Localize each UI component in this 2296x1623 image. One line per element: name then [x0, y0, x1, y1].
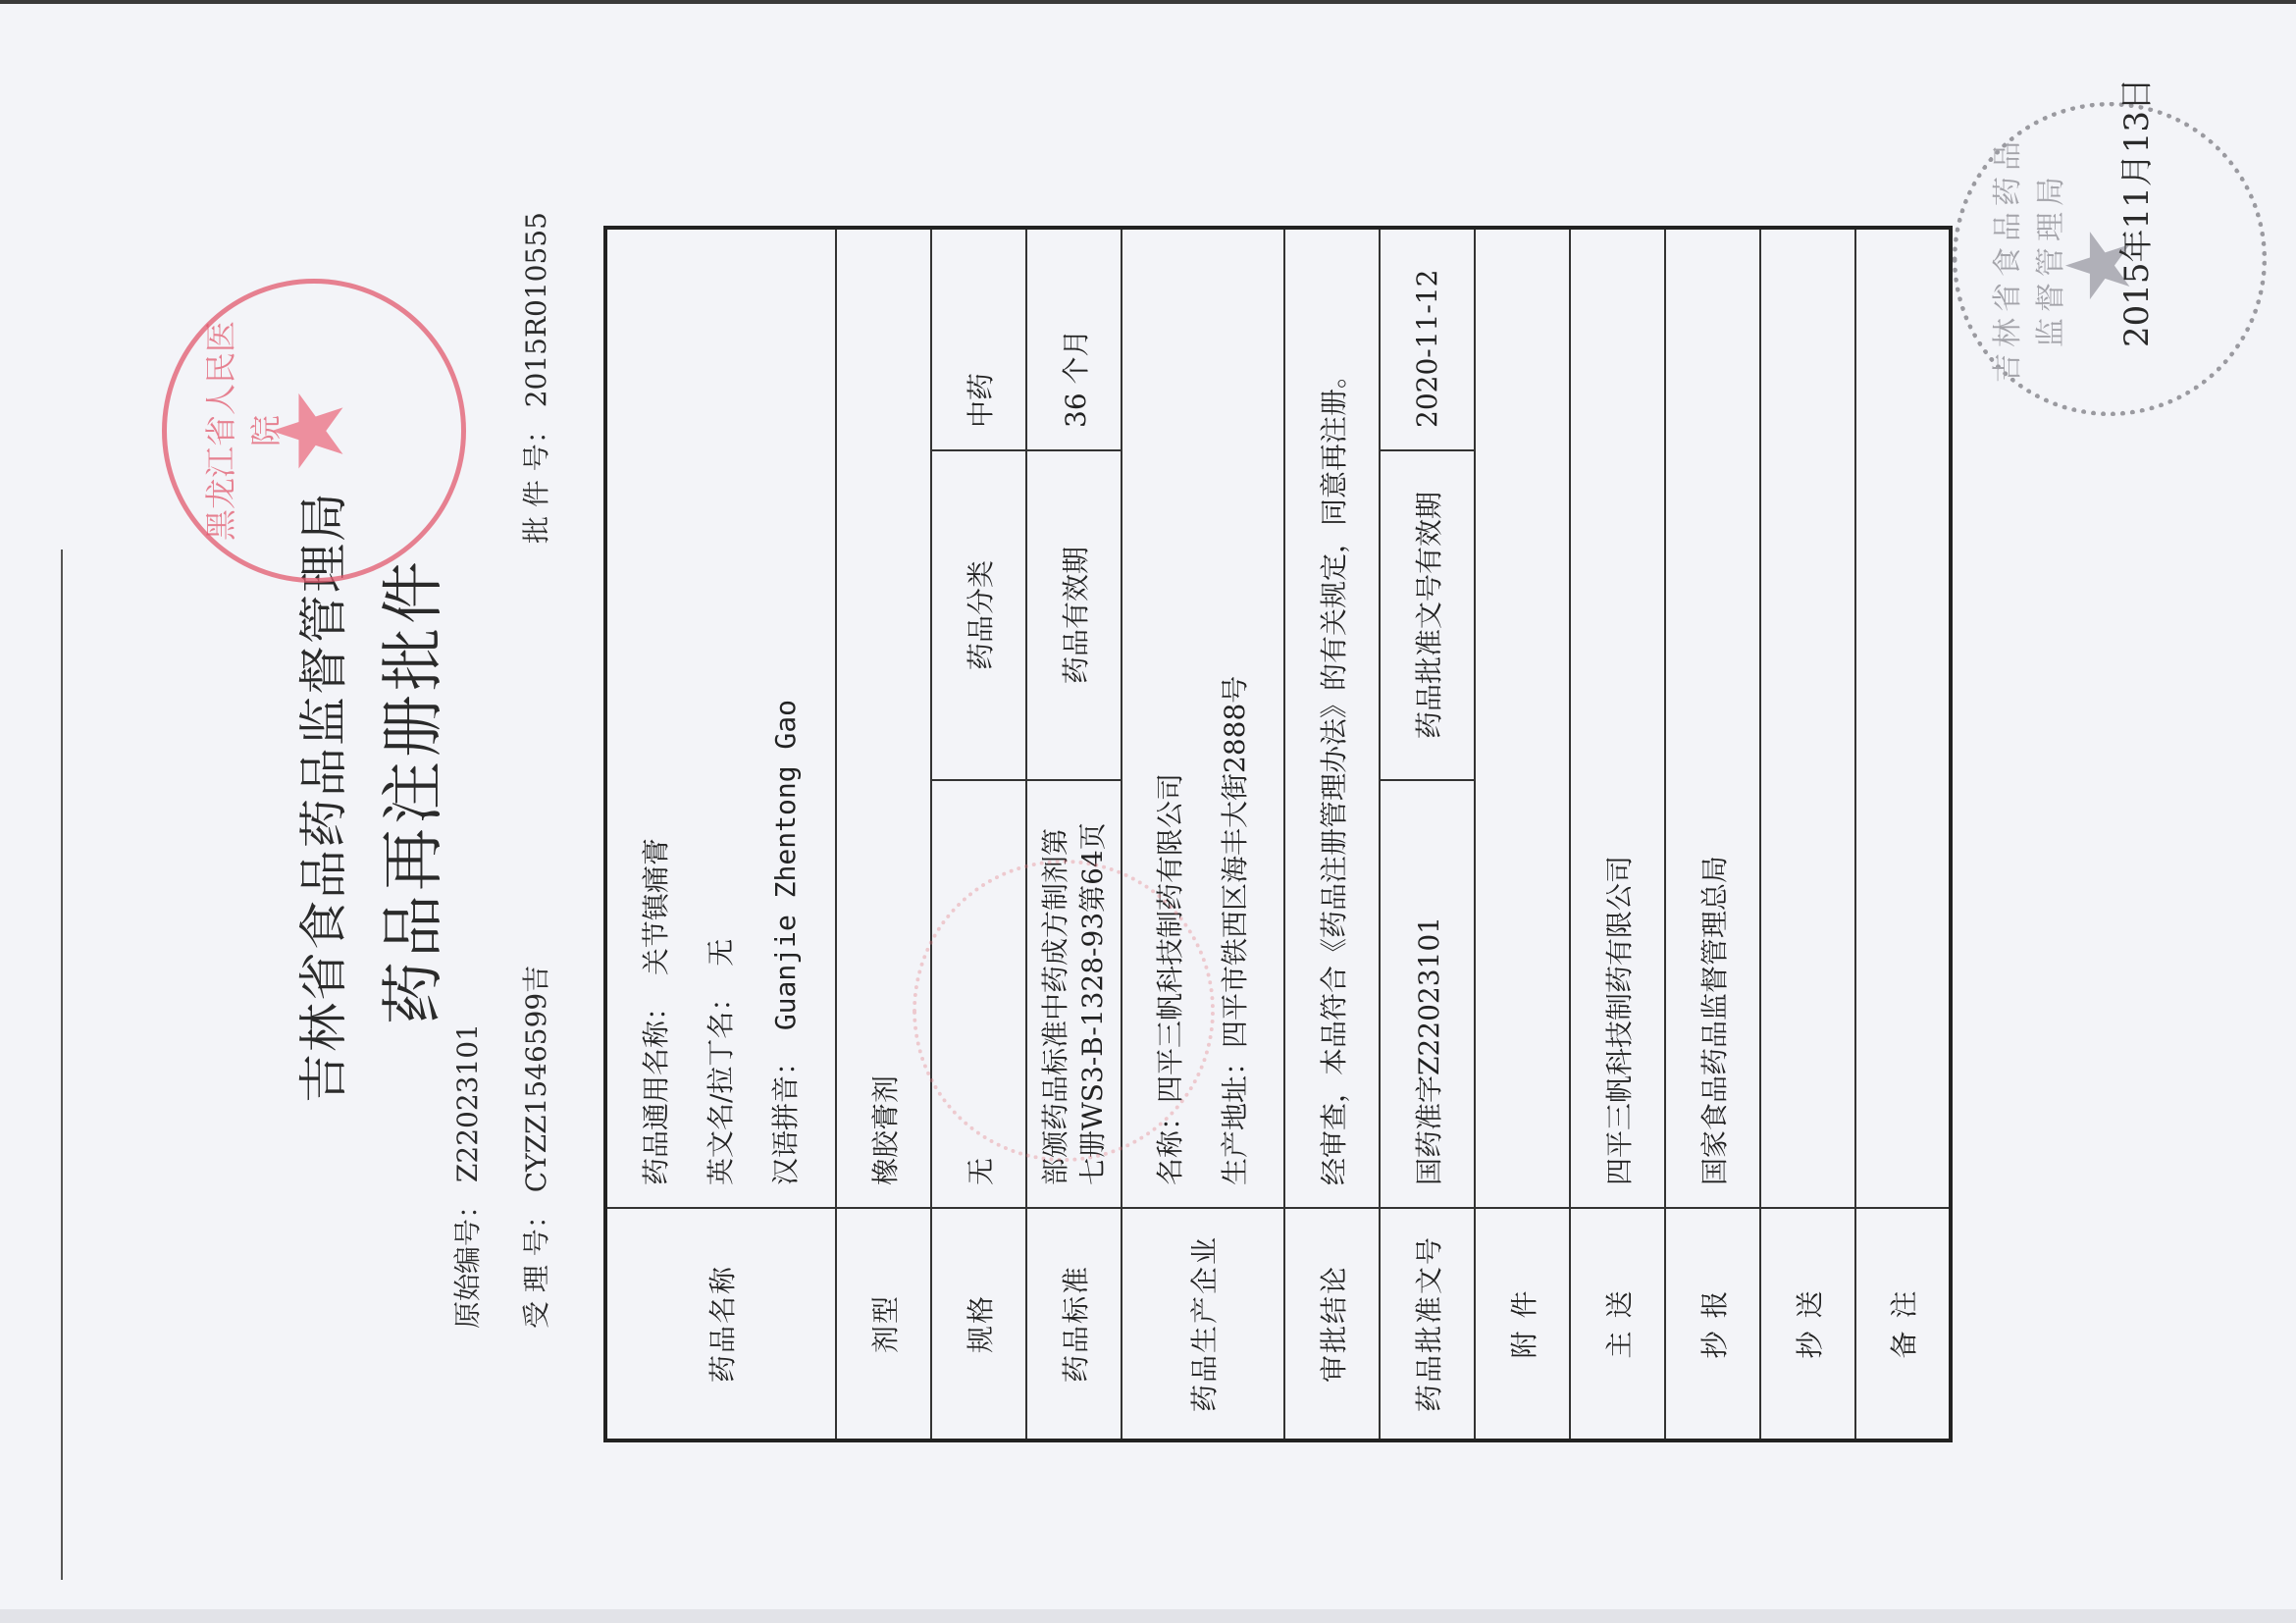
approval-document-page: 吉林省食品药品监督管理局 药品再注册批件 黑龙江省人民医院 ★ 原始编号： Z2…: [0, 0, 2296, 1623]
pinyin-name: 汉语拼音： Guanjie Zhentong Gao: [754, 251, 818, 1185]
validity-label: 药品有效期: [1026, 450, 1122, 780]
registration-table: 药品名称 药品通用名称： 关节镇痛膏 英文名/拉丁名： 无 汉语拼音： Guan…: [603, 226, 1953, 1442]
copy-send-label: 抄 送: [1760, 1208, 1855, 1440]
table-row-copy-send: 抄 送: [1760, 228, 1855, 1440]
approval-number-value: 2015R010555: [520, 212, 552, 407]
pinyin-value: Guanjie Zhentong Gao: [769, 700, 802, 1030]
document-title: 药品再注册批件: [363, 557, 453, 1024]
english-latin-label: 英文名/拉丁名：: [704, 984, 737, 1185]
table-row-manufacturer: 药品生产企业 名称：四平三帆科技制药有限公司 生产地址：四平市铁西区海丰大街28…: [1122, 228, 1284, 1440]
copy-report-value: 国家食品药品监督管理总局: [1665, 228, 1760, 1208]
generic-name: 药品通用名称： 关节镇痛膏: [624, 251, 689, 1185]
approval-number-label: 批 件 号：: [520, 416, 552, 544]
approval-validity-label: 药品批准文号有效期: [1380, 450, 1475, 780]
generic-name-label: 药品通用名称：: [640, 993, 672, 1185]
manufacturer-label: 药品生产企业: [1122, 1208, 1284, 1440]
validity-value: 36 个月: [1026, 228, 1122, 450]
manufacturer-address-value: 四平市铁西区海丰大街2888号: [1219, 676, 1251, 1048]
table-row-conclusion: 审批结论 经审查，本品符合《药品注册管理办法》的有关规定，同意再注册。: [1284, 228, 1380, 1440]
table-row-standard: 药品标准 部颁药品标准中药成方制剂第 七册WS3-B-1328-93第64页 药…: [1026, 228, 1122, 1440]
english-latin-value: 无: [704, 939, 737, 967]
table-row-drug-name: 药品名称 药品通用名称： 关节镇痛膏 英文名/拉丁名： 无 汉语拼音： Guan…: [605, 228, 836, 1440]
copy-report-label: 抄 报: [1665, 1208, 1760, 1440]
issue-date: 2015年11月13日: [2110, 78, 2158, 347]
remarks-value: [1855, 228, 1951, 1208]
manufacturer-address: 生产地址：四平市铁西区海丰大街2888号: [1203, 251, 1268, 1185]
dosage-form-label: 剂型: [836, 1208, 931, 1440]
approval-doc-label: 药品批准文号: [1380, 1208, 1475, 1440]
category-value: 中药: [931, 228, 1026, 450]
approval-validity-value: 2020-11-12: [1380, 228, 1475, 450]
star-icon: ★: [260, 387, 358, 475]
table-row-copy-report: 抄 报 国家食品药品监督管理总局: [1665, 228, 1760, 1440]
table-row-specification: 规格 无 药品分类 中药: [931, 228, 1026, 1440]
category-label: 药品分类: [931, 450, 1026, 780]
acceptance-number-label: 受 理 号：: [520, 1201, 552, 1329]
table-row-dosage-form: 剂型 橡胶膏剂: [836, 228, 931, 1440]
drug-name-cell: 药品通用名称： 关节镇痛膏 英文名/拉丁名： 无 汉语拼音： Guanjie Z…: [605, 228, 836, 1208]
copy-send-value: [1760, 228, 1855, 1208]
manufacturer-address-label: 生产地址：: [1219, 1048, 1251, 1185]
attachment-label: 附 件: [1475, 1208, 1570, 1440]
pinyin-label: 汉语拼音：: [769, 1048, 802, 1185]
acceptance-number-value: CYZZ1546599吉: [520, 966, 552, 1193]
original-number-label: 原始编号：: [451, 1191, 484, 1329]
conclusion-label: 审批结论: [1284, 1208, 1380, 1440]
approval-number: 批 件 号： 2015R010555: [515, 212, 554, 544]
red-seal-stamp: 黑龙江省人民医院 ★: [162, 279, 466, 583]
original-number: 原始编号： Z22023101: [446, 1023, 486, 1329]
specification-label: 规格: [931, 1208, 1026, 1440]
table-row-main-recipient: 主 送 四平三帆科技制药有限公司: [1570, 228, 1665, 1440]
table-row-attachment: 附 件: [1475, 228, 1570, 1440]
attachment-value: [1475, 228, 1570, 1208]
english-latin-name: 英文名/拉丁名： 无: [689, 251, 754, 1185]
remarks-label: 备 注: [1855, 1208, 1951, 1440]
dosage-form-value: 橡胶膏剂: [836, 228, 931, 1208]
main-recipient-label: 主 送: [1570, 1208, 1665, 1440]
approval-doc-value: 国药准字Z22023101: [1380, 780, 1475, 1208]
table-row-approval-doc: 药品批准文号 国药准字Z22023101 药品批准文号有效期 2020-11-1…: [1380, 228, 1475, 1440]
faint-seal-stamp: [913, 860, 1215, 1162]
table-row-remarks: 备 注: [1855, 228, 1951, 1440]
generic-name-value: 关节镇痛膏: [640, 838, 672, 975]
conclusion-value: 经审查，本品符合《药品注册管理办法》的有关规定，同意再注册。: [1284, 228, 1380, 1208]
original-number-value: Z22023101: [451, 1023, 484, 1182]
acceptance-number: 受 理 号： CYZZ1546599吉: [515, 966, 554, 1329]
drug-name-label: 药品名称: [605, 1208, 836, 1440]
standard-label: 药品标准: [1026, 1208, 1122, 1440]
main-recipient-value: 四平三帆科技制药有限公司: [1570, 228, 1665, 1208]
